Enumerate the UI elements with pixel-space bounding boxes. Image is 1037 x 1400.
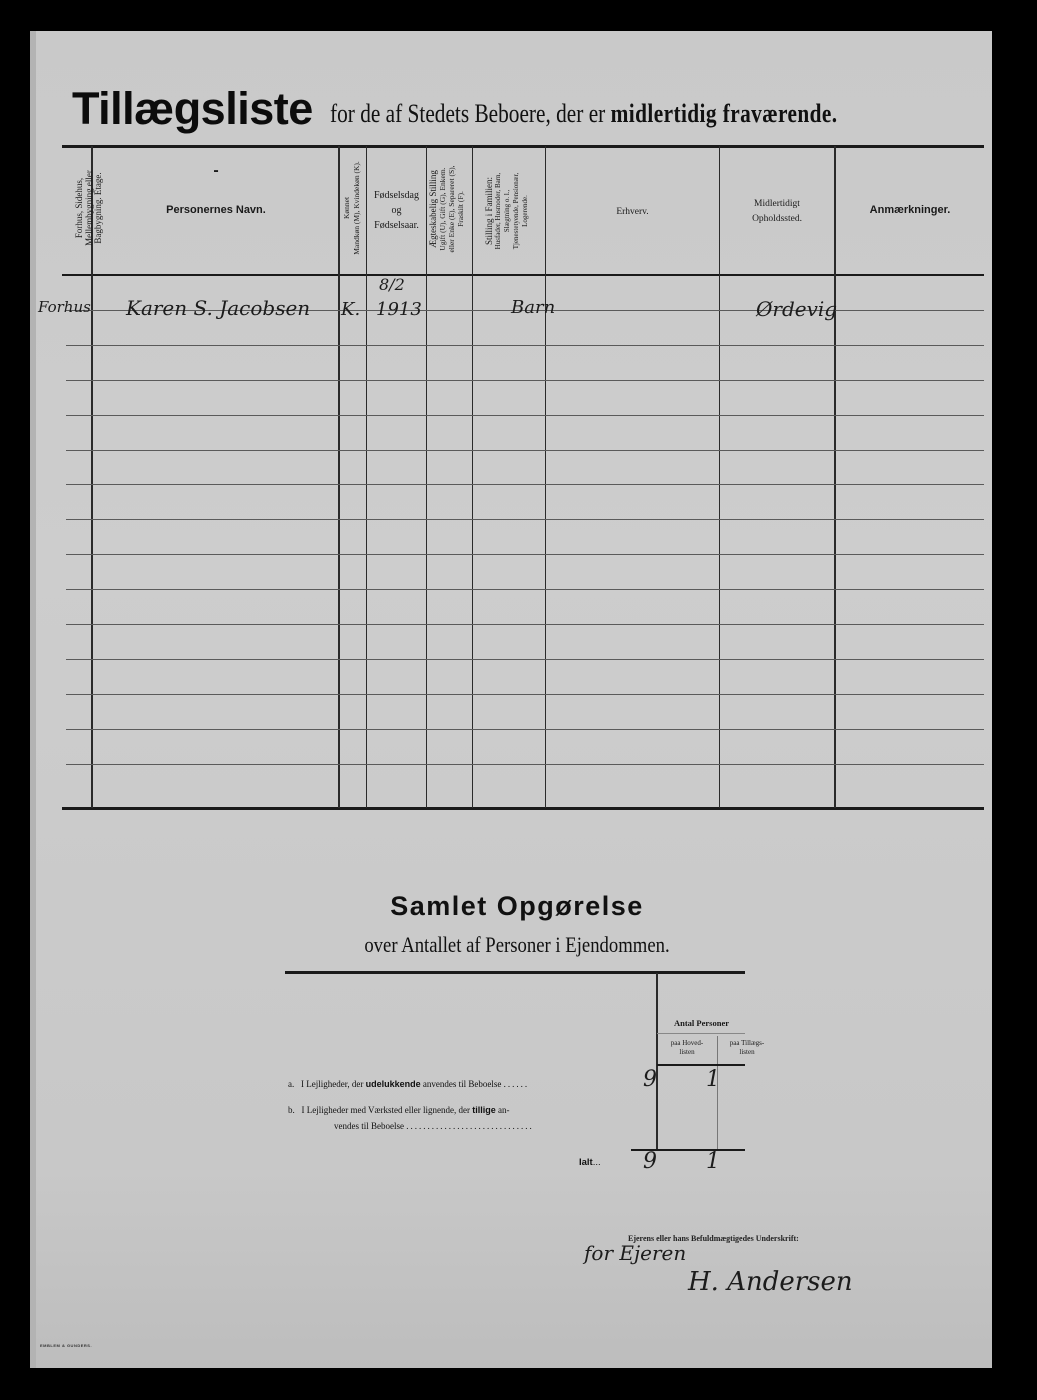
summary-total-label: Ialt... xyxy=(579,1157,601,1168)
summary-subtitle: over Antallet af Personer i Ejendommen. xyxy=(108,932,926,958)
summary-rule xyxy=(657,1033,745,1034)
header-remarks: Anmærkninger. xyxy=(836,204,984,216)
form-subtitle: for de af Stedets Beboere, der er midler… xyxy=(330,99,838,129)
summary-row-b: b. I Lejligheder med Værksted eller lign… xyxy=(288,1105,510,1115)
table-row-line xyxy=(66,729,984,730)
table-row-line xyxy=(66,345,984,346)
cell-birth-year: 1913 xyxy=(376,299,422,320)
summary-title: Samlet Opgørelse xyxy=(36,891,998,922)
col-divider xyxy=(545,146,546,808)
table-row-line xyxy=(66,380,984,381)
census-form-page: Tillægsliste for de af Stedets Beboere, … xyxy=(30,31,992,1368)
table-row-line xyxy=(66,764,984,765)
header-occupation: Erhverv. xyxy=(546,206,719,218)
signature-name: H. Andersen xyxy=(688,1267,853,1297)
col-divider xyxy=(472,146,473,808)
printer-mark: EMBLEM & GUNDERS. xyxy=(40,1343,92,1348)
cell-name: Karen S. Jacobsen xyxy=(126,296,310,320)
table-row-line xyxy=(66,554,984,555)
table-row-line xyxy=(66,624,984,625)
summary-col-supp: paa Tillægs- listen xyxy=(718,1039,776,1057)
table-row-line xyxy=(66,450,984,451)
cell-birth-day: 8/2 xyxy=(379,275,405,294)
summary-col-main: paa Hoved- listen xyxy=(658,1039,716,1057)
summary-divider xyxy=(656,973,658,1150)
header-temporary-stay: Midlertidigt Opholdssted. xyxy=(720,197,834,227)
cell-family-position: Barn xyxy=(511,297,555,318)
summary-row-a: a. I Lejligheder, der udelukkende anvend… xyxy=(288,1079,529,1089)
cell-building: Forhus xyxy=(38,298,91,316)
summary-total-main: 9 xyxy=(643,1149,657,1174)
header-birth: Fødselsdag og Fødselsaar. xyxy=(367,188,426,233)
summary-row-a-main: 9 xyxy=(643,1067,657,1092)
table-top-rule xyxy=(62,145,984,148)
summary-rule xyxy=(657,1064,745,1066)
header-name: Personernes Navn. xyxy=(96,204,336,216)
header-sex: Kønnet Mandkøn (M), Kvindekøn (K). xyxy=(342,147,364,269)
cell-sex: K. xyxy=(341,299,360,320)
header-family: Stilling i Familien: Husfader, Husmoder,… xyxy=(485,150,535,272)
col-divider xyxy=(719,146,720,808)
col-divider xyxy=(426,146,427,808)
form-title: Tillægsliste xyxy=(72,83,313,135)
summary-total-supp: 1 xyxy=(706,1149,720,1174)
header-bottom-rule xyxy=(62,274,984,276)
cell-temporary-stay: Ørdevig xyxy=(756,297,837,321)
table-row-line xyxy=(66,659,984,660)
summary-row-a-supp: 1 xyxy=(706,1067,720,1092)
table-row-line xyxy=(66,415,984,416)
table-row-line xyxy=(66,484,984,485)
col-divider xyxy=(338,146,340,808)
col-divider xyxy=(366,146,367,808)
header-marital: Ægteskabelig Stilling Ugift (U), Gift (G… xyxy=(429,148,469,270)
summary-top-rule xyxy=(285,971,745,974)
col-divider xyxy=(834,146,836,808)
summary-row-b-cont: vendes til Beboelse ....................… xyxy=(334,1121,534,1131)
signature-prefix: for Ejeren xyxy=(584,1241,686,1265)
table-row-line xyxy=(66,694,984,695)
summary-col-group: Antal Personer xyxy=(658,1017,745,1029)
table-row-line xyxy=(66,589,984,590)
table-bottom-rule xyxy=(62,807,984,810)
header-dash: - xyxy=(96,165,336,177)
table-row-line xyxy=(66,519,984,520)
